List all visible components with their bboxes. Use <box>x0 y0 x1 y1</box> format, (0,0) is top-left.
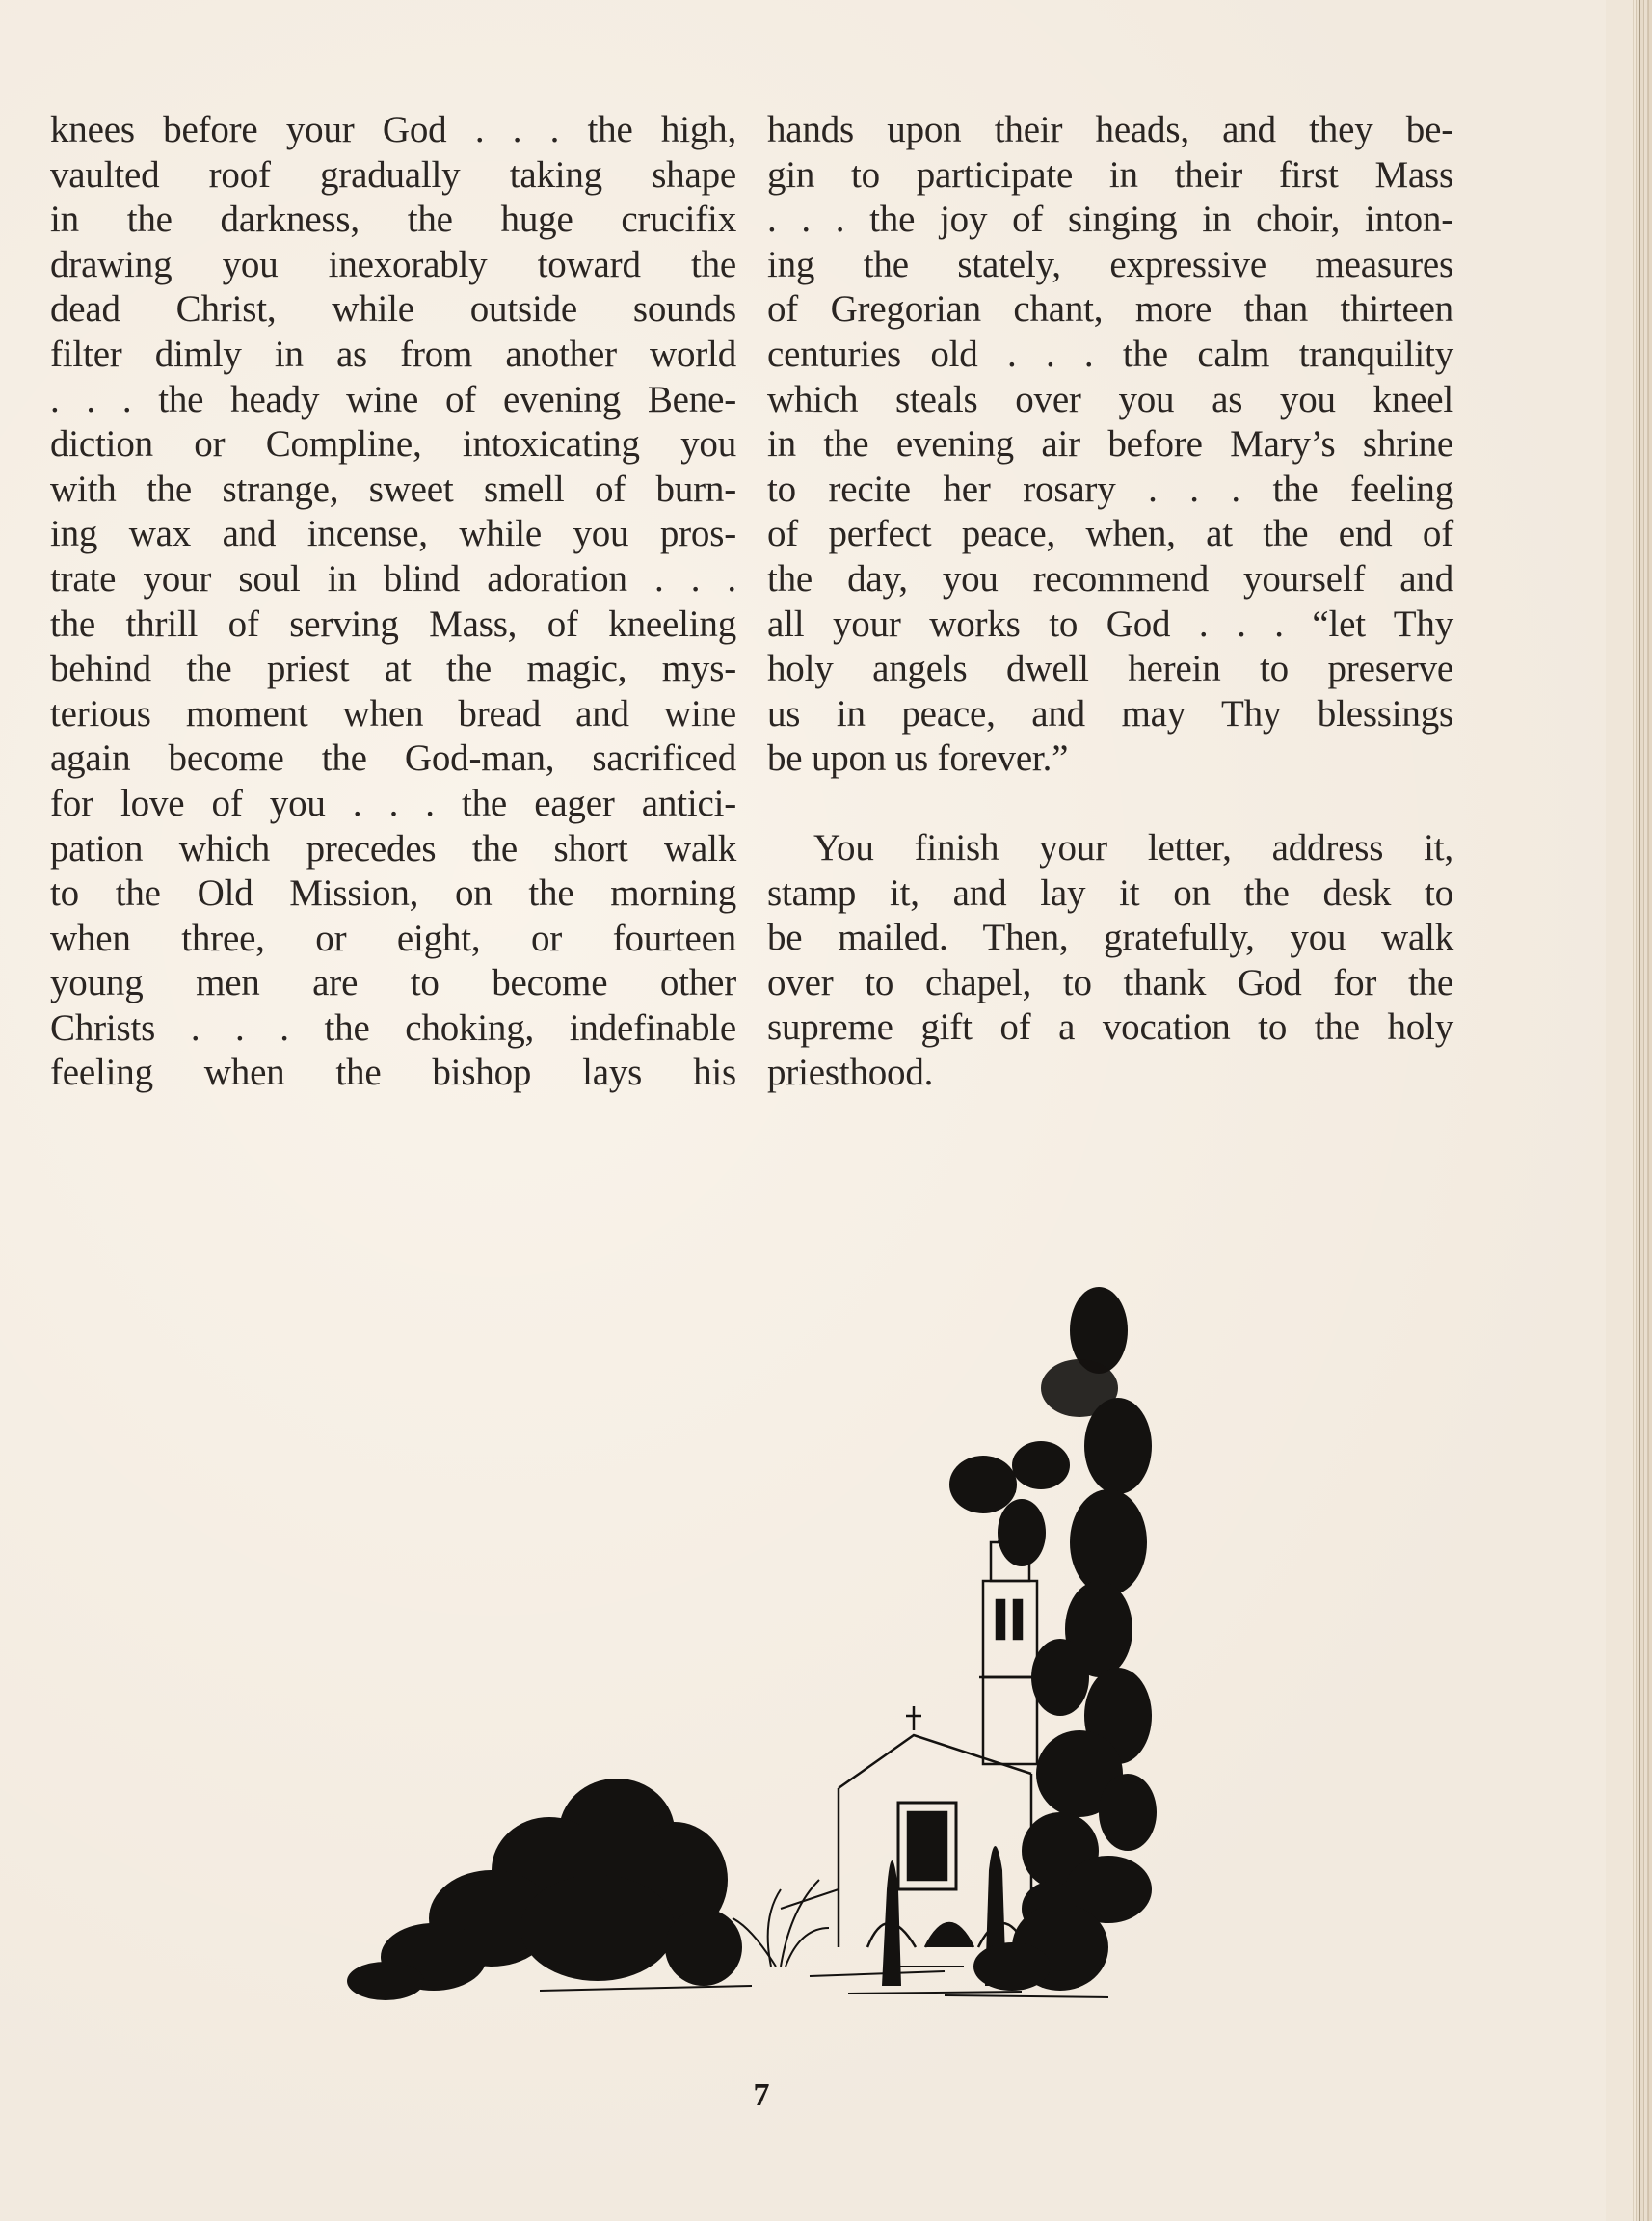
text-line: stamp it, and lay it on the desk to <box>767 871 1453 917</box>
text-line: priesthood. <box>767 1051 1453 1096</box>
text-line: the thrill of serving Mass, of kneeling <box>50 602 736 648</box>
text-line: trate your soul in blind adoration . . . <box>50 557 736 602</box>
book-page: knees before your God . . . the high, va… <box>0 0 1652 2221</box>
text-line: again become the God-man, sacrificed <box>50 736 736 782</box>
text-line: be mailed. Then, gratefully, you walk <box>767 916 1453 961</box>
text-line: . . . the heady wine of evening Bene- <box>50 378 736 423</box>
text-line: dead Christ, while outside sounds <box>50 287 736 333</box>
mission-church-illustration <box>347 1253 1195 2005</box>
text-line: in the darkness, the huge crucifix <box>50 198 736 243</box>
text-line: filter dimly in as from another world <box>50 333 736 378</box>
text-line: to recite her rosary . . . the feeling <box>767 468 1453 513</box>
paragraph-closing: You finish your letter, address it, stam… <box>767 826 1453 1096</box>
text-line: You finish your letter, address it, <box>767 826 1453 871</box>
text-line: all your works to God . . . “let Thy <box>767 602 1453 648</box>
text-line: which steals over you as you kneel <box>767 378 1453 423</box>
text-line: behind the priest at the magic, mys- <box>50 647 736 692</box>
paragraph-spacer <box>767 782 1453 826</box>
text-line: young men are to become other <box>50 961 736 1006</box>
paragraph-devotions: hands upon their heads, and they be- gin… <box>767 108 1453 782</box>
tall-tree <box>949 1287 1157 1936</box>
text-line: when three, or eight, or fourteen <box>50 917 736 962</box>
text-line: to the Old Mission, on the morning <box>50 871 736 917</box>
text-line: for love of you . . . the eager antici- <box>50 782 736 827</box>
text-line: holy angels dwell herein to preserve <box>767 647 1453 692</box>
palm-shrub <box>733 1880 839 1967</box>
text-line: hands upon their heads, and they be- <box>767 108 1453 153</box>
shrub-cluster <box>347 1779 742 2000</box>
text-line: of perfect peace, when, at the end of <box>767 512 1453 557</box>
text-line: the day, you recommend yourself and <box>767 557 1453 602</box>
text-line: knees before your God . . . the high, <box>50 108 736 153</box>
page-number: 7 <box>733 2077 790 2114</box>
text-line: ing the stately, expressive measures <box>767 243 1453 288</box>
text-line: diction or Compline, intoxicating you <box>50 422 736 468</box>
text-line: pation which precedes the short walk <box>50 827 736 872</box>
text-line: Christs . . . the choking, indefinable <box>50 1006 736 1052</box>
text-line: ing wax and incense, while you pros- <box>50 512 736 557</box>
text-line: us in peace, and may Thy blessings <box>767 692 1453 737</box>
text-line: supreme gift of a vocation to the holy <box>767 1005 1453 1051</box>
text-line: vaulted roof gradually taking shape <box>50 153 736 199</box>
text-line: be upon us forever.” <box>767 736 1453 782</box>
right-text-column: hands upon their heads, and they be- gin… <box>767 108 1453 1095</box>
text-line: gin to participate in their first Mass <box>767 153 1453 199</box>
text-line: with the strange, sweet smell of burn- <box>50 468 736 513</box>
text-line: feeling when the bishop lays his <box>50 1051 736 1096</box>
text-line: drawing you inexorably toward the <box>50 243 736 288</box>
text-line: of Gregorian chant, more than thirteen <box>767 287 1453 333</box>
text-line: in the evening air before Mary’s shrine <box>767 422 1453 468</box>
page-edge-stack <box>1606 0 1652 2221</box>
text-line: . . . the joy of singing in choir, inton… <box>767 198 1453 243</box>
text-line: terious moment when bread and wine <box>50 692 736 737</box>
text-line: over to chapel, to thank God for the <box>767 961 1453 1006</box>
text-line: centuries old . . . the calm tranquility <box>767 333 1453 378</box>
left-text-column: knees before your God . . . the high, va… <box>50 108 736 1096</box>
